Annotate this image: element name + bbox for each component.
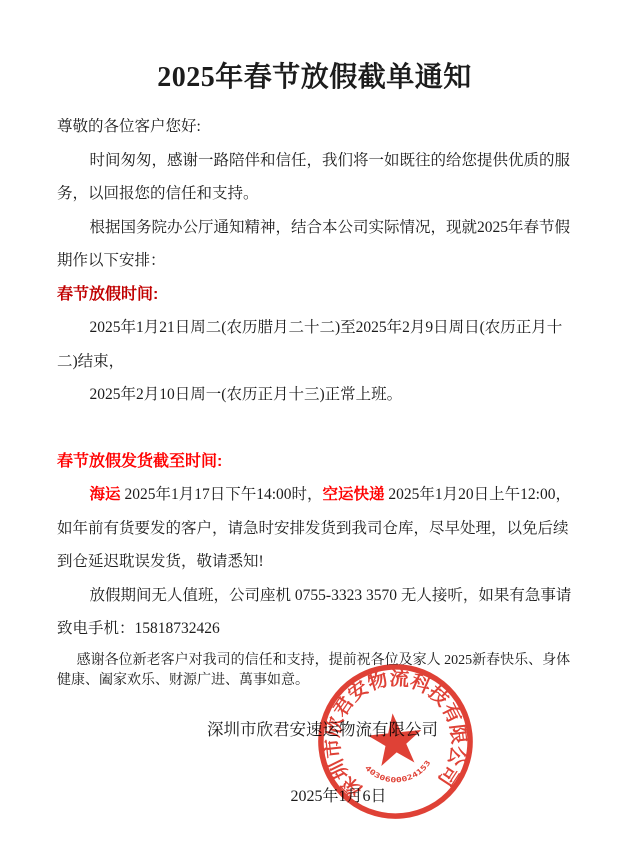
holiday-dates-line: 2025年1月21日周二(农历腊月二十二)至2025年2月9日周日(农历正月十二…: [57, 311, 572, 378]
notice-date: 2025年1月6日: [81, 786, 596, 808]
document-title: 2025年春节放假截单通知: [57, 56, 572, 100]
return-to-work-line: 2025年2月10日周一(农历正月十三)正常上班。: [57, 378, 572, 412]
company-name: 深圳市欣君安速运物流有限公司: [65, 719, 580, 741]
holiday-time-heading: 春节放假时间:: [57, 278, 572, 312]
sea-freight-label: 海运: [90, 486, 121, 503]
sea-freight-time: 2025年1月17日下午14:00时，: [121, 486, 323, 503]
basis-paragraph: 根据国务院办公厅通知精神，结合本公司实际情况，现就2025年春节假期作以下安排：: [57, 211, 572, 278]
intro-paragraph: 时间匆匆，感谢一路陪伴和信任，我们将一如既往的给您提供优质的服务，以回报您的信任…: [57, 144, 572, 211]
cutoff-paragraph: 海运 2025年1月17日下午14:00时，空运快递 2025年1月20日上午1…: [57, 478, 572, 579]
thanks-paragraph: 感谢各位新老客户对我司的信任和支持，提前祝各位及家人 2025新春快乐、身体健康…: [57, 651, 572, 692]
blank-line: [57, 412, 572, 445]
notice-document: 2025年春节放假截单通知 尊敬的各位客户您好: 时间匆匆，感谢一路陪伴和信任，…: [0, 0, 628, 808]
air-express-label: 空运快递: [323, 486, 385, 503]
contact-paragraph: 放假期间无人值班，公司座机 0755-3323 3570 无人接听，如果有急事请…: [57, 579, 572, 646]
shipping-cutoff-heading: 春节放假发货截至时间:: [57, 445, 572, 479]
greeting-line: 尊敬的各位客户您好:: [57, 110, 572, 144]
